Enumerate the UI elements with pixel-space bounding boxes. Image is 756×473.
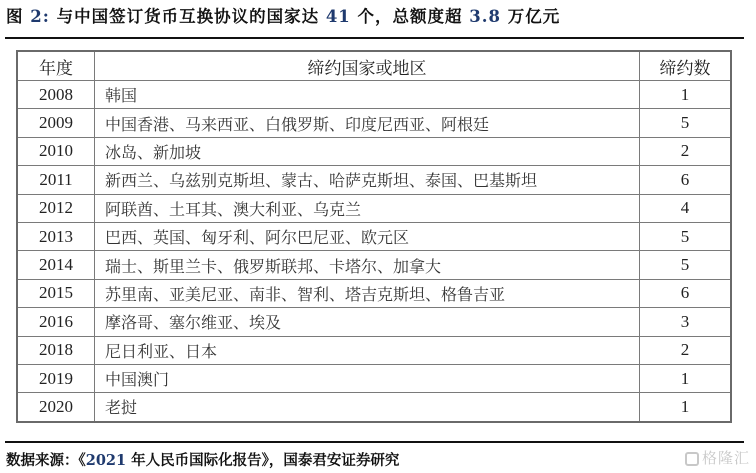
cell-countries: 新西兰、乌兹别克斯坦、蒙古、哈萨克斯坦、泰国、巴基斯坦 bbox=[95, 166, 640, 194]
cell-count: 1 bbox=[640, 364, 732, 392]
cell-year: 2011 bbox=[17, 166, 95, 194]
swap-agreements-table: 年度 缔约国家或地区 缔约数 2008韩国1 2009中国香港、马来西亚、白俄罗… bbox=[16, 50, 732, 423]
title-text-3: 万亿元 bbox=[501, 7, 560, 26]
cell-countries: 老挝 bbox=[95, 393, 640, 422]
watermark: 格隆汇 bbox=[685, 447, 750, 468]
table-row: 2008韩国1 bbox=[17, 81, 731, 109]
cell-count: 6 bbox=[640, 166, 732, 194]
cell-year: 2015 bbox=[17, 279, 95, 307]
title-amount: 3.8 bbox=[469, 7, 501, 26]
cell-countries: 中国澳门 bbox=[95, 364, 640, 392]
cell-countries: 韩国 bbox=[95, 81, 640, 109]
bottom-divider bbox=[5, 441, 744, 443]
table-row: 2010冰岛、新加坡2 bbox=[17, 137, 731, 165]
cell-countries: 摩洛哥、塞尔维亚、埃及 bbox=[95, 308, 640, 336]
cell-year: 2016 bbox=[17, 308, 95, 336]
cell-year: 2012 bbox=[17, 194, 95, 222]
cell-year: 2008 bbox=[17, 81, 95, 109]
watermark-text: 格隆汇 bbox=[702, 449, 750, 467]
header-countries: 缔约国家或地区 bbox=[95, 51, 640, 81]
cell-countries: 尼日利亚、日本 bbox=[95, 336, 640, 364]
table-row: 2019中国澳门1 bbox=[17, 364, 731, 392]
table-row: 2014瑞士、斯里兰卡、俄罗斯联邦、卡塔尔、加拿大5 bbox=[17, 251, 731, 279]
top-divider bbox=[5, 37, 744, 39]
table-row: 2013巴西、英国、匈牙利、阿尔巴尼亚、欧元区5 bbox=[17, 222, 731, 250]
cell-count: 2 bbox=[640, 336, 732, 364]
source-label: 数据来源： bbox=[6, 452, 79, 469]
cell-year: 2018 bbox=[17, 336, 95, 364]
table-row: 2011新西兰、乌兹别克斯坦、蒙古、哈萨克斯坦、泰国、巴基斯坦6 bbox=[17, 166, 731, 194]
source-text-1: 《 bbox=[79, 452, 86, 469]
cell-count: 4 bbox=[640, 194, 732, 222]
source-year: 2021 bbox=[86, 452, 126, 469]
cell-year: 2010 bbox=[17, 137, 95, 165]
gelonghui-logo-icon bbox=[685, 452, 699, 466]
table-row: 2018尼日利亚、日本2 bbox=[17, 336, 731, 364]
cell-countries: 巴西、英国、匈牙利、阿尔巴尼亚、欧元区 bbox=[95, 222, 640, 250]
cell-count: 5 bbox=[640, 251, 732, 279]
cell-count: 5 bbox=[640, 109, 732, 137]
cell-year: 2009 bbox=[17, 109, 95, 137]
cell-count: 5 bbox=[640, 222, 732, 250]
cell-countries: 中国香港、马来西亚、白俄罗斯、印度尼西亚、阿根廷 bbox=[95, 109, 640, 137]
title-text-2: 个，总额度超 bbox=[351, 7, 470, 26]
cell-count: 1 bbox=[640, 393, 732, 422]
cell-year: 2014 bbox=[17, 251, 95, 279]
header-year: 年度 bbox=[17, 51, 95, 81]
cell-year: 2020 bbox=[17, 393, 95, 422]
figure-number: 2: bbox=[30, 7, 50, 26]
source-text-2: 年人民币国际化报告》，国泰君安证券研究 bbox=[126, 452, 399, 469]
table-row: 2009中国香港、马来西亚、白俄罗斯、印度尼西亚、阿根廷5 bbox=[17, 109, 731, 137]
cell-count: 6 bbox=[640, 279, 732, 307]
cell-countries: 苏里南、亚美尼亚、南非、智利、塔吉克斯坦、格鲁吉亚 bbox=[95, 279, 640, 307]
title-country-count: 41 bbox=[326, 7, 351, 26]
cell-count: 1 bbox=[640, 81, 732, 109]
table-row: 2016摩洛哥、塞尔维亚、埃及3 bbox=[17, 308, 731, 336]
cell-count: 2 bbox=[640, 137, 732, 165]
table-row: 2020老挝1 bbox=[17, 393, 731, 422]
figure-title: 图 2: 与中国签订货币互换协议的国家达 41 个，总额度超 3.8 万亿元 bbox=[6, 3, 560, 27]
header-count: 缔约数 bbox=[640, 51, 732, 81]
cell-countries: 瑞士、斯里兰卡、俄罗斯联邦、卡塔尔、加拿大 bbox=[95, 251, 640, 279]
cell-count: 3 bbox=[640, 308, 732, 336]
cell-countries: 冰岛、新加坡 bbox=[95, 137, 640, 165]
figure-prefix: 图 bbox=[6, 7, 30, 26]
table-row: 2015苏里南、亚美尼亚、南非、智利、塔吉克斯坦、格鲁吉亚6 bbox=[17, 279, 731, 307]
cell-year: 2013 bbox=[17, 222, 95, 250]
table-header-row: 年度 缔约国家或地区 缔约数 bbox=[17, 51, 731, 81]
table-row: 2012阿联酋、土耳其、澳大利亚、乌克兰4 bbox=[17, 194, 731, 222]
cell-countries: 阿联酋、土耳其、澳大利亚、乌克兰 bbox=[95, 194, 640, 222]
title-text-1: 与中国签订货币互换协议的国家达 bbox=[50, 7, 326, 26]
data-source-note: 数据来源：《2021 年人民币国际化报告》，国泰君安证券研究 bbox=[6, 449, 399, 470]
cell-year: 2019 bbox=[17, 364, 95, 392]
